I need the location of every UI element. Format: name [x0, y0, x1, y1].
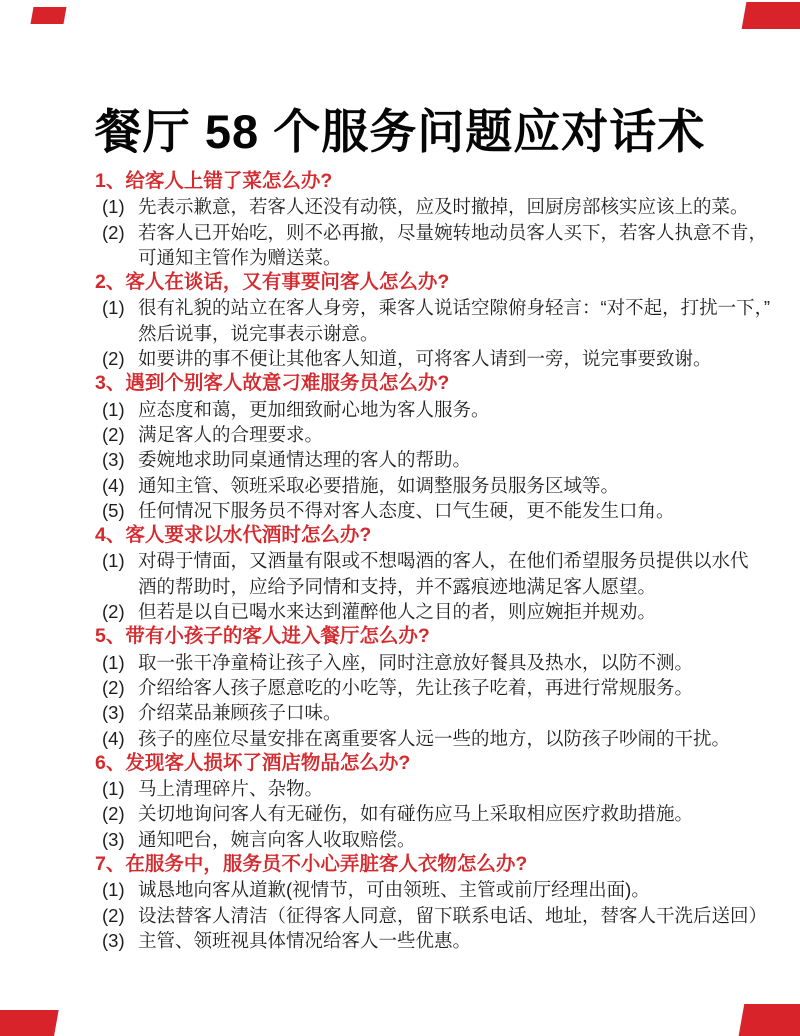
qa-section-6: 6、发现客人损坏了酒店物品怎么办?(1)马上清理碎片、杂物。(2)关切地询问客人…: [95, 751, 755, 852]
item-line: 诚恳地向客从道歉(视情节，可由领班、主管或前厅经理出面)。: [138, 877, 755, 902]
item-line: 介绍给客人孩子愿意吃的小吃等，先让孩子吃着，再进行常规服务。: [138, 675, 755, 700]
answer-item: (2)若客人已开始吃，则不必再撤，尽量婉转地动员客人买下，若客人执意不肯，可通知…: [95, 220, 755, 271]
item-marker: (1): [102, 548, 125, 573]
qa-section-4: 4、客人要求以水代酒时怎么办?(1)对碍于情面，又酒量有限或不想喝酒的客人，在他…: [95, 523, 755, 624]
item-marker: (1): [102, 295, 125, 320]
item-marker: (2): [102, 801, 125, 826]
item-marker: (1): [102, 397, 125, 422]
item-line: 但若是以自已喝水来达到灌醉他人之目的者，则应婉拒并规劝。: [138, 599, 755, 624]
item-marker: (4): [102, 726, 125, 751]
answer-item: (4)通知主管、领班采取必要措施，如调整服务员服务区域等。: [95, 473, 755, 498]
answer-item: (2)但若是以自已喝水来达到灌醉他人之目的者，则应婉拒并规劝。: [95, 599, 755, 624]
qa-section-1: 1、给客人上错了菜怎么办?(1)先表示歉意，若客人还没有动筷，应及时撤掉，回厨房…: [95, 169, 755, 270]
item-marker: (4): [102, 473, 125, 498]
section-question: 5、带有小孩子的客人进入餐厅怎么办?: [95, 624, 755, 649]
qa-section-5: 5、带有小孩子的客人进入餐厅怎么办?(1)取一张干净童椅让孩子入座，同时注意放好…: [95, 624, 755, 750]
answer-item: (2)关切地询问客人有无碰伤，如有碰伤应马上采取相应医疗救助措施。: [95, 801, 755, 826]
answer-item: (2)设法替客人清洁（征得客人同意，留下联系电话、地址，替客人干洗后送回）: [95, 903, 755, 928]
answer-item: (2)如要讲的事不便让其他客人知道，可将客人请到一旁，说完事要致谢。: [95, 346, 755, 371]
item-line: 任何情况下服务员不得对客人态度、口气生硬，更不能发生口角。: [138, 498, 755, 523]
item-marker: (1): [102, 650, 125, 675]
item-marker: (3): [102, 827, 125, 852]
section-question: 6、发现客人损坏了酒店物品怎么办?: [95, 751, 755, 776]
answer-item: (5)任何情况下服务员不得对客人态度、口气生硬，更不能发生口角。: [95, 498, 755, 523]
answer-item: (4)孩子的座位尽量安排在离重要客人远一些的地方，以防孩子吵闹的干扰。: [95, 726, 755, 751]
item-line: 关切地询问客人有无碰伤，如有碰伤应马上采取相应医疗救助措施。: [138, 801, 755, 826]
section-question: 7、在服务中，服务员不小心弄脏客人衣物怎么办?: [95, 852, 755, 877]
qa-content: 1、给客人上错了菜怎么办?(1)先表示歉意，若客人还没有动筷，应及时撤掉，回厨房…: [95, 169, 755, 953]
item-marker: (2): [102, 675, 125, 700]
answer-item: (1)应态度和蔼，更加细致耐心地为客人服务。: [95, 397, 755, 422]
item-line: 若客人已开始吃，则不必再撤，尽量婉转地动员客人买下，若客人执意不肯，: [138, 220, 755, 245]
item-marker: (1): [102, 877, 125, 902]
item-marker: (1): [102, 194, 125, 219]
item-line: 可通知主管作为赠送菜。: [138, 245, 755, 270]
item-marker: (2): [102, 903, 125, 928]
section-question: 2、客人在谈话，又有事要问客人怎么办?: [95, 270, 755, 295]
item-line: 然后说事，说完事表示谢意。: [138, 321, 755, 346]
item-marker: (3): [102, 928, 125, 953]
qa-section-3: 3、遇到个别客人故意刁难服务员怎么办?(1)应态度和蔼，更加细致耐心地为客人服务…: [95, 371, 755, 523]
item-line: 马上清理碎片、杂物。: [138, 776, 755, 801]
answer-item: (1)很有礼貌的站立在客人身旁，乘客人说话空隙俯身轻言：“对不起，打扰一下，”然…: [95, 295, 755, 346]
item-marker: (2): [102, 220, 125, 245]
section-question: 4、客人要求以水代酒时怎么办?: [95, 523, 755, 548]
answer-item: (1)先表示歉意，若客人还没有动筷，应及时撤掉，回厨房部核实应该上的菜。: [95, 194, 755, 219]
answer-item: (1)对碍于情面，又酒量有限或不想喝酒的客人，在他们希望服务员提供以水代酒的帮助…: [95, 548, 755, 599]
item-marker: (3): [102, 700, 125, 725]
item-marker: (3): [102, 447, 125, 472]
item-line: 酒的帮助时，应给予同情和支持，并不露痕迹地满足客人愿望。: [138, 574, 755, 599]
item-line: 通知主管、领班采取必要措施，如调整服务员服务区域等。: [138, 473, 755, 498]
corner-tape-bottom-right-icon: [738, 1004, 800, 1036]
answer-item: (3)主管、领班视具体情况给客人一些优惠。: [95, 928, 755, 953]
corner-tape-bottom-left-icon: [0, 1010, 59, 1036]
item-line: 如要讲的事不便让其他客人知道，可将客人请到一旁，说完事要致谢。: [138, 346, 755, 371]
item-line: 孩子的座位尽量安排在离重要客人远一些的地方，以防孩子吵闹的干扰。: [138, 726, 755, 751]
item-line: 很有礼貌的站立在客人身旁，乘客人说话空隙俯身轻言：“对不起，打扰一下，”: [138, 295, 755, 320]
item-marker: (2): [102, 599, 125, 624]
item-line: 设法替客人清洁（征得客人同意，留下联系电话、地址，替客人干洗后送回）: [138, 903, 755, 928]
item-line: 满足客人的合理要求。: [138, 422, 755, 447]
item-marker: (2): [102, 346, 125, 371]
section-question: 1、给客人上错了菜怎么办?: [95, 169, 755, 194]
item-marker: (2): [102, 422, 125, 447]
answer-item: (3)委婉地求助同桌通情达理的客人的帮助。: [95, 447, 755, 472]
item-line: 应态度和蔼，更加细致耐心地为客人服务。: [138, 397, 755, 422]
answer-item: (3)介绍菜品兼顾孩子口味。: [95, 700, 755, 725]
item-line: 通知吧台，婉言向客人收取赔偿。: [138, 827, 755, 852]
qa-section-2: 2、客人在谈话，又有事要问客人怎么办?(1)很有礼貌的站立在客人身旁，乘客人说话…: [95, 270, 755, 371]
answer-item: (2)介绍给客人孩子愿意吃的小吃等，先让孩子吃着，再进行常规服务。: [95, 675, 755, 700]
item-line: 委婉地求助同桌通情达理的客人的帮助。: [138, 447, 755, 472]
item-line: 主管、领班视具体情况给客人一些优惠。: [138, 928, 755, 953]
answer-item: (1)诚恳地向客从道歉(视情节，可由领班、主管或前厅经理出面)。: [95, 877, 755, 902]
answer-item: (2)满足客人的合理要求。: [95, 422, 755, 447]
corner-tape-top-right-icon: [742, 2, 800, 29]
answer-item: (3)通知吧台，婉言向客人收取赔偿。: [95, 827, 755, 852]
item-line: 介绍菜品兼顾孩子口味。: [138, 700, 755, 725]
answer-item: (1)马上清理碎片、杂物。: [95, 776, 755, 801]
section-question: 3、遇到个别客人故意刁难服务员怎么办?: [95, 371, 755, 396]
answer-item: (1)取一张干净童椅让孩子入座，同时注意放好餐具及热水，以防不测。: [95, 650, 755, 675]
item-line: 先表示歉意，若客人还没有动筷，应及时撤掉，回厨房部核实应该上的菜。: [138, 194, 755, 219]
page-title: 餐厅 58 个服务问题应对话术: [0, 95, 800, 162]
item-line: 取一张干净童椅让孩子入座，同时注意放好餐具及热水，以防不测。: [138, 650, 755, 675]
corner-tape-top-left-icon: [31, 7, 67, 24]
item-line: 对碍于情面，又酒量有限或不想喝酒的客人，在他们希望服务员提供以水代: [138, 548, 755, 573]
item-marker: (5): [102, 498, 125, 523]
qa-section-7: 7、在服务中，服务员不小心弄脏客人衣物怎么办?(1)诚恳地向客从道歉(视情节，可…: [95, 852, 755, 953]
item-marker: (1): [102, 776, 125, 801]
